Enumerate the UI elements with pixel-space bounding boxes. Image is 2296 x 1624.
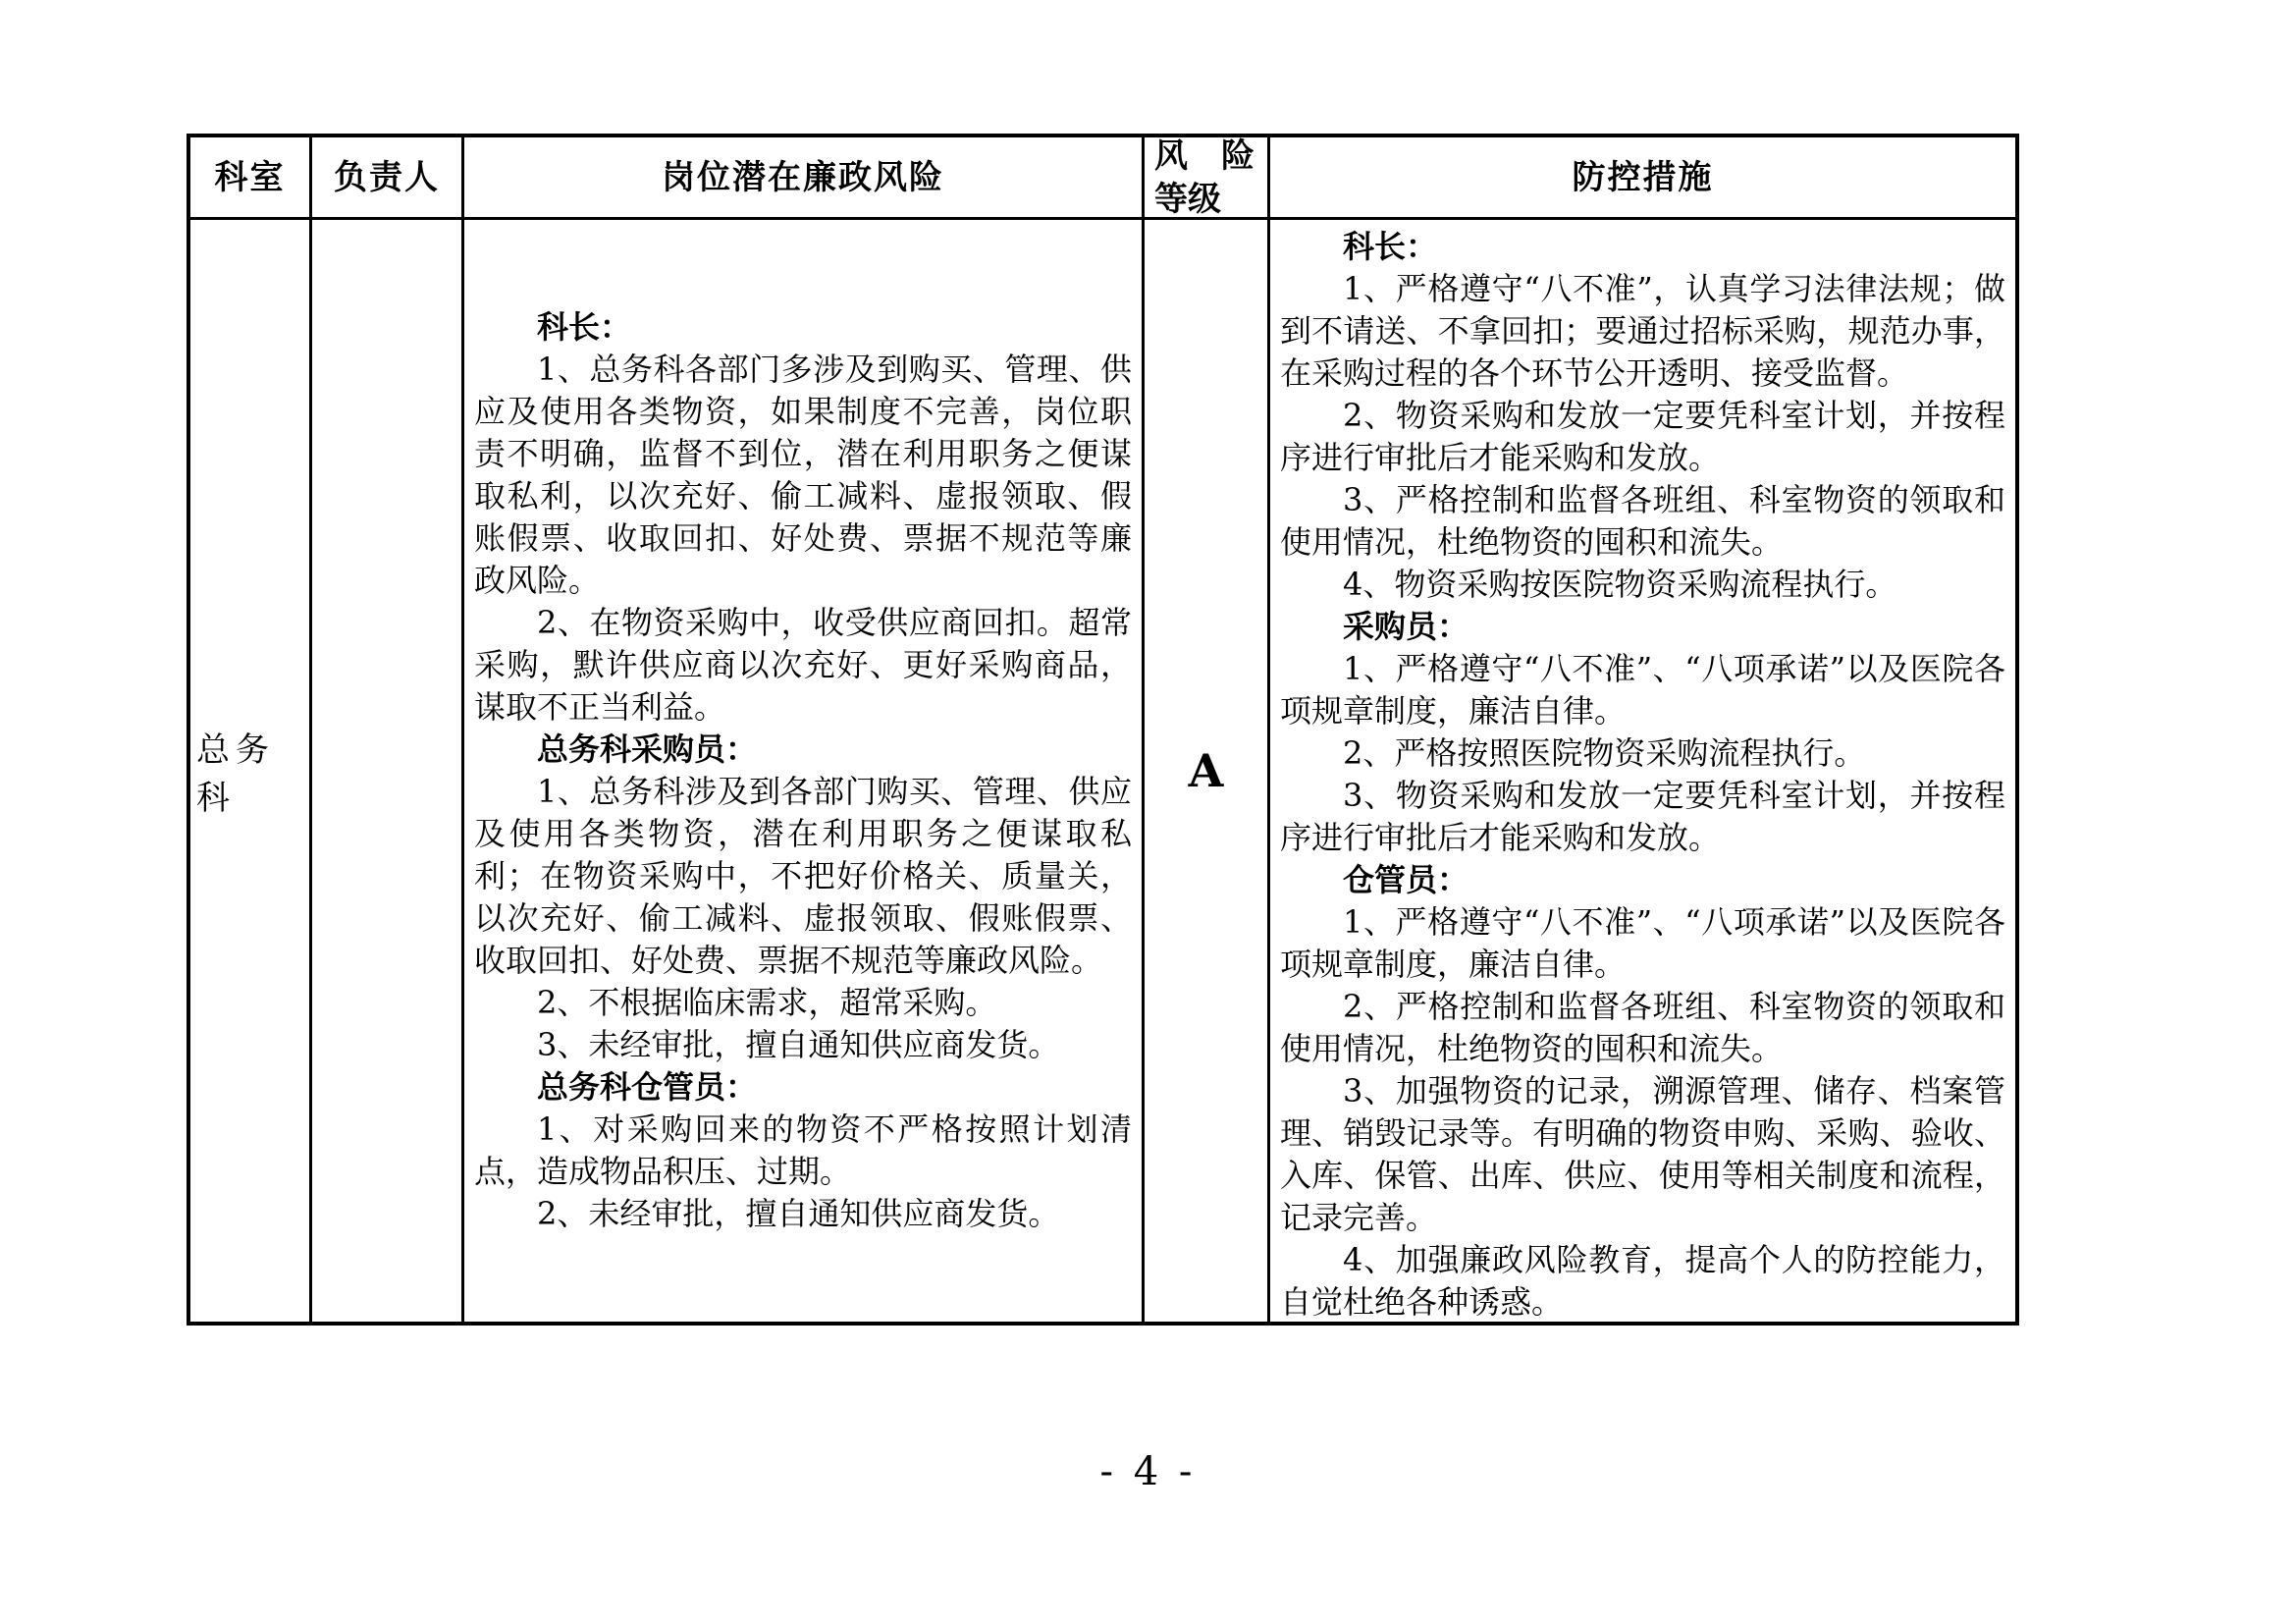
body-paragraph: 2、物资采购和发放一定要凭科室计划，并按程序进行审批后才能采购和发放。 <box>1280 395 2005 479</box>
body-paragraph: 1、严格遵守“八不准”、“八项承诺”以及医院各项规章制度，廉洁自律。 <box>1280 648 2005 732</box>
body-paragraph: 3、严格控制和监督各班组、科室物资的领取和使用情况，杜绝物资的囤积和流失。 <box>1280 479 2005 564</box>
role-heading-paragraph: 总务科采购员： <box>474 729 1132 771</box>
page-number: - 4 - <box>0 1449 2296 1494</box>
body-paragraph: 4、物资采购按医院物资采购流程执行。 <box>1280 564 2005 606</box>
role-heading-paragraph: 仓管员： <box>1280 859 2005 901</box>
role-heading-paragraph: 总务科仓管员： <box>474 1066 1132 1109</box>
body-paragraph: 1、严格遵守“八不准”、“八项承诺”以及医院各项规章制度，廉洁自律。 <box>1280 901 2005 986</box>
document-page: 科室 负责人 岗位潜在廉政风险 风 险 等级 防控措施 总务科 科长：1、总务科… <box>0 0 2296 1624</box>
header-responsible-person: 负责人 <box>312 137 464 220</box>
body-paragraph: 1、严格遵守“八不准”，认真学习法律法规；做到不请送、不拿回扣；要通过招标采购，… <box>1280 268 2005 395</box>
department-name: 总务科 <box>190 723 309 819</box>
body-paragraph: 3、物资采购和发放一定要凭科室计划，并按程序进行审批后才能采购和发放。 <box>1280 775 2005 859</box>
body-paragraph: 1、对采购回来的物资不严格按照计划清点，造成物品积压、过期。 <box>474 1109 1132 1193</box>
body-paragraph: 3、加强物资的记录，溯源管理、储存、档案管理、销毁记录等。有明确的物资申购、采购… <box>1280 1070 2005 1239</box>
role-heading-paragraph: 科长： <box>474 306 1132 349</box>
header-potential-integrity-risks: 岗位潜在廉政风险 <box>464 137 1145 220</box>
role-heading-paragraph: 采购员： <box>1280 606 2005 648</box>
cell-potential-integrity-risks: 科长：1、总务科各部门多涉及到购买、管理、供应及使用各类物资，如果制度不完善，岗… <box>464 220 1145 1322</box>
body-paragraph: 2、未经审批，擅自通知供应商发货。 <box>474 1193 1132 1235</box>
risk-level-value: A <box>1189 744 1224 797</box>
body-paragraph: 2、在物资采购中，收受供应商回扣。超常采购，默许供应商以次充好、更好采购商品，谋… <box>474 602 1132 729</box>
role-heading-paragraph: 科长： <box>1280 226 2005 268</box>
body-paragraph: 2、严格按照医院物资采购流程执行。 <box>1280 732 2005 775</box>
body-paragraph: 1、总务科涉及到各部门购买、管理、供应及使用各类物资，潜在利用职务之便谋取私利；… <box>474 771 1132 982</box>
header-control-measures: 防控措施 <box>1270 137 2015 220</box>
cell-risk-level: A <box>1145 220 1270 1322</box>
cell-department: 总务科 <box>190 220 312 1322</box>
body-paragraph: 3、未经审批，擅自通知供应商发货。 <box>474 1024 1132 1066</box>
body-paragraph: 1、总务科各部门多涉及到购买、管理、供应及使用各类物资，如果制度不完善，岗位职责… <box>474 349 1132 602</box>
header-risk-level: 风 险 等级 <box>1145 137 1270 220</box>
risk-control-table: 科室 负责人 岗位潜在廉政风险 风 险 等级 防控措施 总务科 科长：1、总务科… <box>187 134 2019 1326</box>
header-department: 科室 <box>190 137 312 220</box>
cell-control-measures: 科长：1、严格遵守“八不准”，认真学习法律法规；做到不请送、不拿回扣；要通过招标… <box>1270 220 2015 1322</box>
body-paragraph: 4、加强廉政风险教育，提高个人的防控能力，自觉杜绝各种诱惑。 <box>1280 1239 2005 1322</box>
body-paragraph: 2、不根据临床需求，超常采购。 <box>474 982 1132 1024</box>
cell-responsible-person <box>312 220 464 1322</box>
body-paragraph: 2、严格控制和监督各班组、科室物资的领取和使用情况，杜绝物资的囤积和流失。 <box>1280 986 2005 1070</box>
